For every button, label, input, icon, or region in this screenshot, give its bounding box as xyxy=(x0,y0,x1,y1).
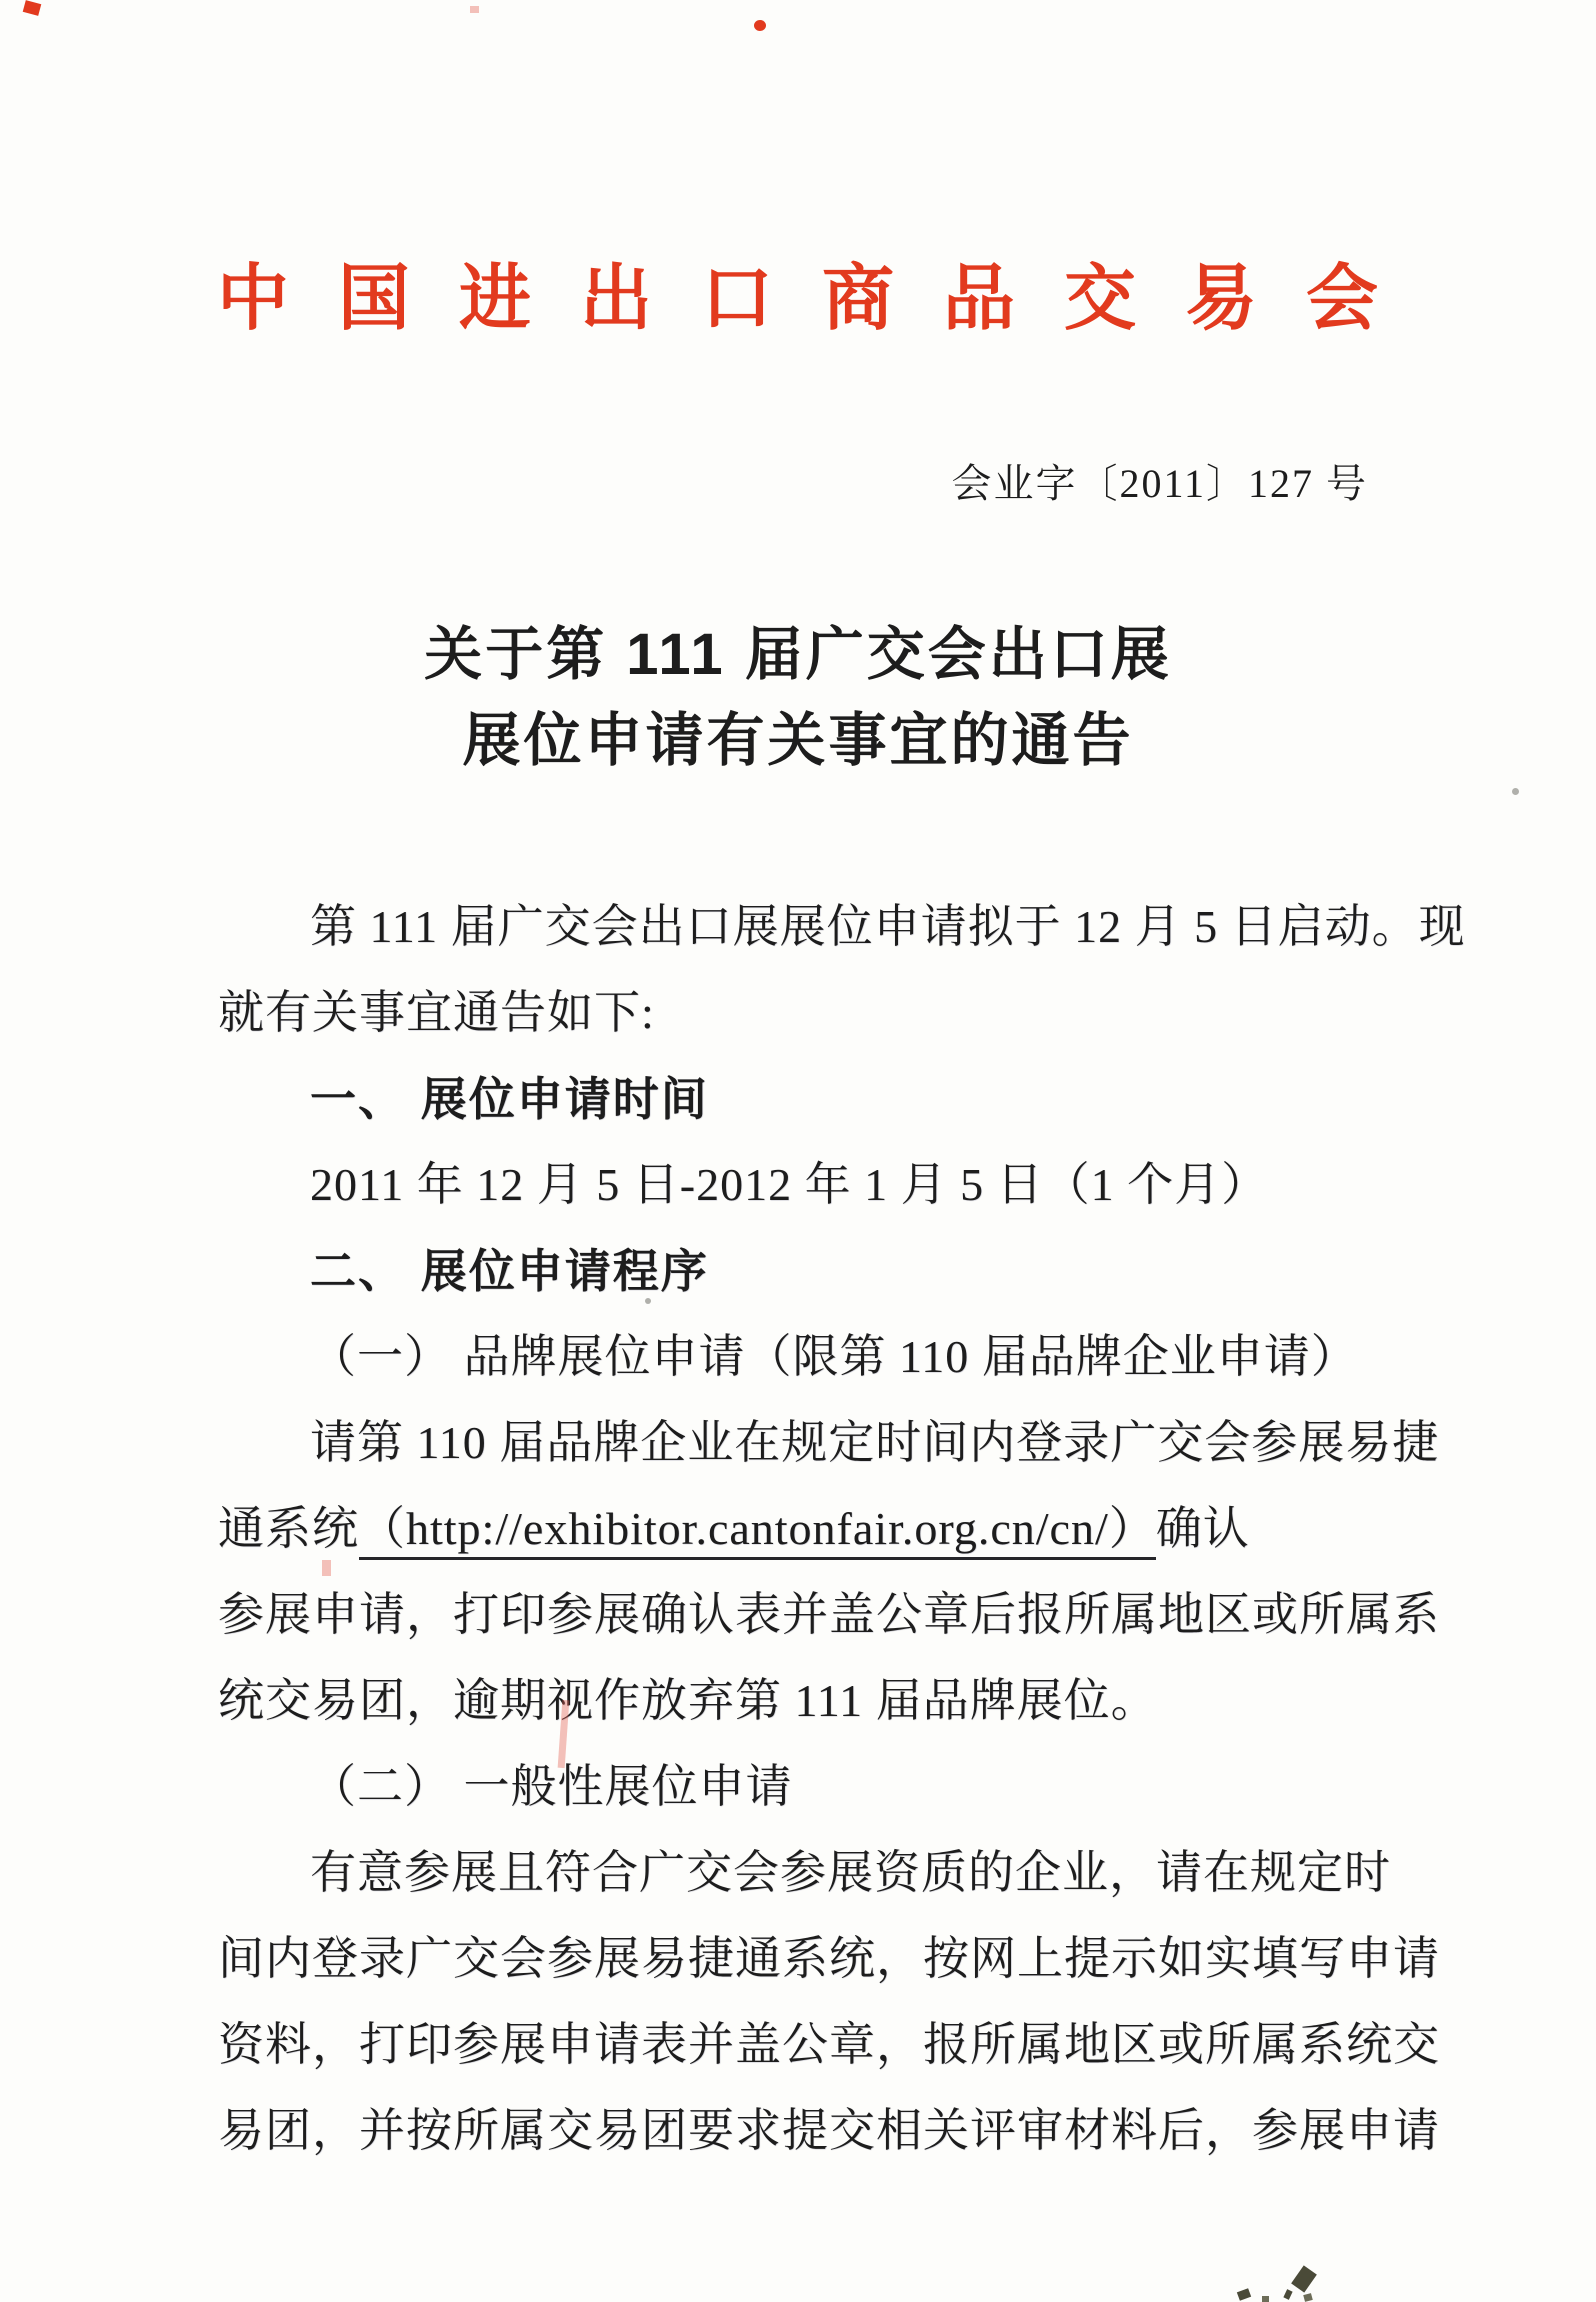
ink-smudge xyxy=(1303,2293,1313,2302)
brand-booth-line-4: 统交易团，逾期视作放弃第 111 届品牌展位。 xyxy=(218,1658,1433,1744)
ink-smudge xyxy=(1262,2296,1269,2302)
ink-smudge xyxy=(1237,2288,1251,2301)
scan-speck-gray xyxy=(1512,788,1519,795)
general-booth-line-4: 易团，并按所属交易团要求提交相关评审材料后，参展申请 xyxy=(218,2088,1433,2174)
general-booth-line-2: 间内登录广交会参展易捷通系统，按网上提示如实填写申请 xyxy=(218,1916,1433,2002)
intro-line-2: 就有关事宜通告如下: xyxy=(218,970,1433,1056)
document-title: 关于第 111 届广交会出口展 展位申请有关事宜的通告 xyxy=(0,612,1596,784)
application-period-line: 2011 年 12 月 5 日-2012 年 1 月 5 日（1 个月） xyxy=(218,1142,1433,1228)
scanned-document-page: 中国进出口商品交易会 会业字〔2011〕127 号 关于第 111 届广交会出口… xyxy=(0,0,1596,2302)
intro-line-1: 第 111 届广交会出口展展位申请拟于 12 月 5 日启动。现 xyxy=(218,884,1433,970)
exhibitor-system-link[interactable]: （http://exhibitor.cantonfair.org.cn/cn/） xyxy=(359,1503,1156,1560)
subsection-2-heading: （二） 一般性展位申请 xyxy=(218,1744,1433,1830)
brand-booth-line-3: 参展申请，打印参展确认表并盖公章后报所属地区或所属系 xyxy=(218,1572,1433,1658)
ink-smudge xyxy=(1283,2289,1292,2300)
brand-booth-line-1: 请第 110 届品牌企业在规定时间内登录广交会参展易捷 xyxy=(218,1400,1433,1486)
general-booth-line-1: 有意参展且符合广交会参展资质的企业，请在规定时 xyxy=(218,1830,1433,1916)
ink-smudge xyxy=(1291,2265,1317,2292)
brand-booth-line-url: 通系统（http://exhibitor.cantonfair.org.cn/c… xyxy=(218,1486,1433,1572)
subsection-1-heading: （一） 品牌展位申请（限第 110 届品牌企业申请） xyxy=(218,1314,1433,1400)
document-number: 会业字〔2011〕127 号 xyxy=(951,458,1368,510)
document-letterhead: 中国进出口商品交易会 xyxy=(0,256,1596,342)
section-1-heading: 一、 展位申请时间 xyxy=(218,1056,1433,1142)
title-line-2: 展位申请有关事宜的通告 xyxy=(0,698,1596,784)
url-line-suffix: 确认 xyxy=(1156,1503,1250,1554)
section-2-heading: 二、 展位申请程序 xyxy=(218,1228,1433,1314)
url-line-prefix: 通系统 xyxy=(218,1503,359,1554)
title-line-1: 关于第 111 届广交会出口展 xyxy=(0,612,1596,698)
document-body: 第 111 届广交会出口展展位申请拟于 12 月 5 日启动。现 就有关事宜通告… xyxy=(218,884,1433,2174)
scan-speck-pink xyxy=(470,6,479,13)
scan-speck-red xyxy=(754,20,766,31)
scan-speck-red xyxy=(23,0,42,16)
general-booth-line-3: 资料，打印参展申请表并盖公章，报所属地区或所属系统交 xyxy=(218,2002,1433,2088)
